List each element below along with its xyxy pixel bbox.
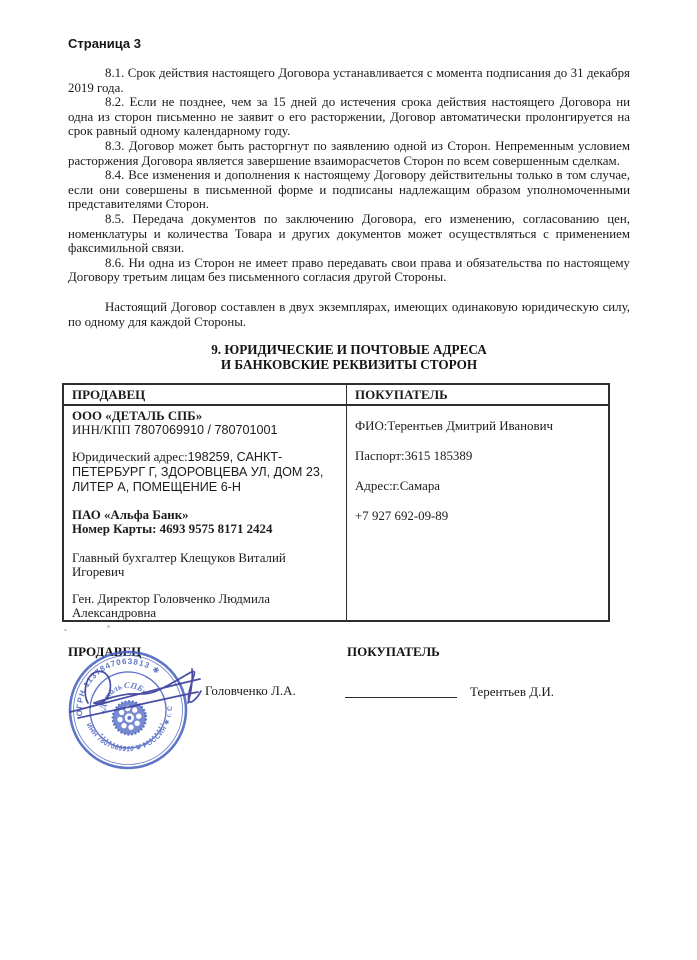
seller-card-number: Номер Карты: 4693 9575 8171 2424 bbox=[72, 522, 338, 536]
clause-8-1: 8.1. Срок действия настоящего Договора у… bbox=[68, 66, 630, 95]
stamp-rings: ОГРН 1137847063813 ✱ ИНН 7807069910 ✱ РО… bbox=[58, 645, 195, 780]
seller-director-line2: Александровна bbox=[72, 606, 338, 620]
clause-8-2: 8.2. Если не позднее, чем за 15 дней до … bbox=[68, 95, 630, 139]
section-9-title-line2: И БАНКОВСКИЕ РЕКВИЗИТЫ СТОРОН bbox=[68, 357, 630, 372]
clause-8-5: 8.5. Передача документов по заключению Д… bbox=[68, 212, 630, 256]
scan-speck bbox=[64, 629, 67, 631]
clause-8-4: 8.4. Все изменения и дополнения к настоя… bbox=[68, 168, 630, 212]
page-number-label: Страница 3 bbox=[68, 36, 630, 51]
requisites-table: ПРОДАВЕЦ ПОКУПАТЕЛЬ ООО «ДЕТАЛЬ СПБ» ИНН… bbox=[62, 383, 610, 622]
scanned-contract-page: Страница 3 8.1. Срок действия настоящего… bbox=[0, 0, 697, 960]
clause-8-3: 8.3. Договор может быть расторгнут по за… bbox=[68, 139, 630, 168]
buyer-signatory-name: Терентьев Д.И. bbox=[470, 684, 554, 700]
seller-inn-kpp: ИНН/КПП 7807069910 / 780701001 bbox=[72, 423, 338, 437]
seller-legal-address: Юридический адрес:198259, САНКТ-ПЕТЕРБУР… bbox=[72, 450, 340, 495]
seller-bank-name: ПАО «Альфа Банк» bbox=[72, 508, 338, 522]
buyer-header-cell: ПОКУПАТЕЛЬ bbox=[347, 385, 608, 406]
buyer-address: Адрес:г.Самара bbox=[355, 479, 600, 493]
section-9-title: 9. ЮРИДИЧЕСКИЕ И ПОЧТОВЫЕ АДРЕСА И БАНКО… bbox=[68, 342, 630, 372]
closing-paragraph: Настоящий Договор составлен в двух экзем… bbox=[68, 300, 630, 329]
buyer-fio: ФИО:Терентьев Дмитрий Иванович bbox=[355, 419, 600, 433]
scan-speck bbox=[107, 625, 110, 628]
buyer-phone: +7 927 692-09-89 bbox=[355, 509, 600, 523]
buyer-signature-line bbox=[345, 697, 457, 698]
buyer-requisites-cell: ФИО:Терентьев Дмитрий Иванович Паспорт:3… bbox=[347, 406, 608, 620]
seller-chief-accountant: Главный бухгалтер Клещуков Виталий Игоре… bbox=[72, 551, 338, 579]
section-9-title-line1: 9. ЮРИДИЧЕСКИЕ И ПОЧТОВЫЕ АДРЕСА bbox=[68, 342, 630, 357]
seller-requisites-cell: ООО «ДЕТАЛЬ СПБ» ИНН/КПП 7807069910 / 78… bbox=[64, 406, 347, 620]
seller-director-line1: Ген. Директор Головченко Людмила bbox=[72, 592, 338, 606]
buyer-sign-label: ПОКУПАТЕЛЬ bbox=[347, 644, 440, 660]
seller-company-name: ООО «ДЕТАЛЬ СПБ» bbox=[72, 409, 338, 423]
clause-8-6: 8.6. Ни одна из Сторон не имеет право пе… bbox=[68, 256, 630, 285]
buyer-passport: Паспорт:3615 185389 bbox=[355, 449, 600, 463]
company-stamp: ОГРН 1137847063813 ✱ ИНН 7807069910 ✱ РО… bbox=[58, 645, 273, 790]
seller-header-cell: ПРОДАВЕЦ bbox=[64, 385, 347, 406]
